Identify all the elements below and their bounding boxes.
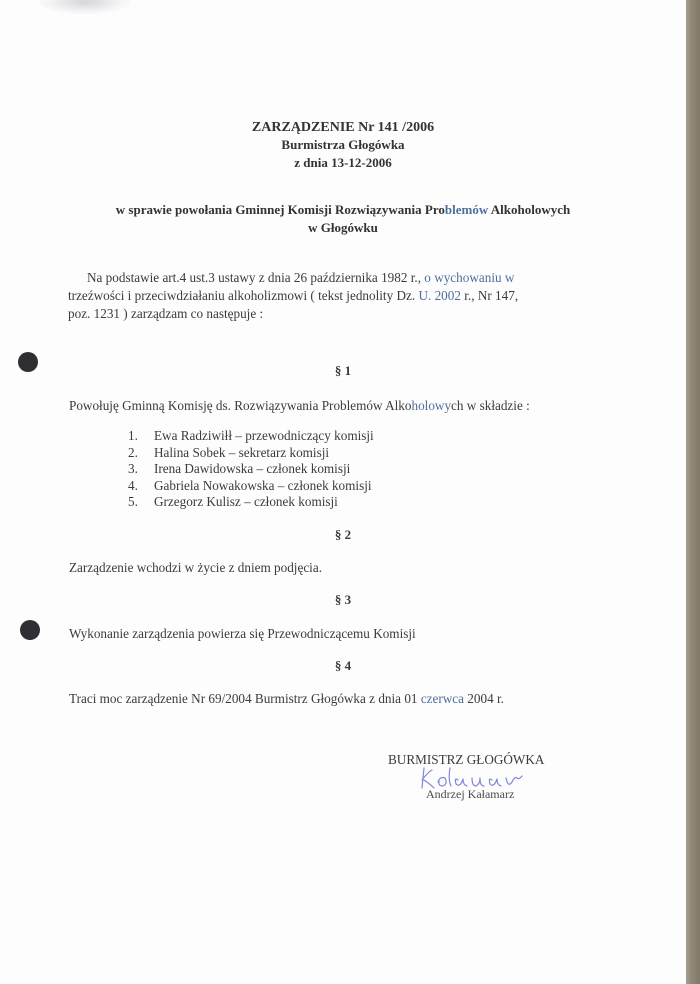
subject-line-1: w sprawie powołania Gminnej Komisji Rozw… [0,201,686,219]
preamble-text-blue: o wychowaniu w [424,270,514,285]
list-item: 3.Irena Dawidowska – członek komisji [128,461,374,478]
list-number: 5. [128,494,154,511]
document-subject: w sprawie powołania Gminnej Komisji Rozw… [0,201,686,237]
section-mark-3: § 3 [0,592,686,608]
signature-block: BURMISTRZ GŁOGÓWKA Andrzej Kałamarz [388,752,568,768]
list-item: 4.Gabriela Nowakowska – członek komisji [128,478,374,495]
punch-hole-icon [20,620,40,640]
subject-text-blue: blemów [445,202,488,217]
section-4-text: Traci moc zarządzenie Nr 69/2004 Burmist… [69,691,504,707]
subject-text: Alkoholowych [488,202,570,217]
list-item: 5.Grzegorz Kulisz – członek komisji [128,494,374,511]
section-text-blue: holowy [411,398,451,413]
section-mark-4: § 4 [0,658,686,674]
list-number: 3. [128,461,154,478]
preamble: Na podstawie art.4 ust.3 ustawy z dnia 2… [68,269,588,323]
list-number: 2. [128,445,154,462]
committee-member-list: 1.Ewa Radziwiłł – przewodniczący komisji… [128,428,374,511]
subject-text: w sprawie powołania Gminnej Komisji Rozw… [116,202,445,217]
preamble-line-3: poz. 1231 ) zarządzam co następuje : [68,305,588,323]
list-number: 1. [128,428,154,445]
scanned-page: ZARZĄDZENIE Nr 141 /2006 Burmistrza Głog… [0,0,686,984]
member-text: Ewa Radziwiłł – przewodniczący komisji [154,428,374,445]
section-2-text: Zarządzenie wchodzi w życie z dniem podj… [69,560,322,576]
signatory-name: Andrzej Kałamarz [426,787,514,802]
section-1-text: Powołuję Gminną Komisję ds. Rozwiązywani… [69,398,530,414]
section-text-blue: czerwca [421,691,464,706]
member-text: Halina Sobek – sekretarz komisji [154,445,329,462]
section-text: ch w składzie : [451,398,530,413]
subject-line-2: w Głogówku [0,219,686,237]
document-date: z dnia 13-12-2006 [0,155,686,171]
section-mark-1: § 1 [0,363,686,379]
scanner-edge [686,0,700,984]
list-item: 1.Ewa Radziwiłł – przewodniczący komisji [128,428,374,445]
scan-smudge [40,0,130,14]
section-mark-2: § 2 [0,527,686,543]
preamble-line-2: trzeźwości i przeciwdziałaniu alkoholizm… [68,287,588,305]
member-text: Irena Dawidowska – członek komisji [154,461,350,478]
section-text: Powołuję Gminną Komisję ds. Rozwiązywani… [69,398,411,413]
section-text: 2004 r. [464,691,504,706]
preamble-text: trzeźwości i przeciwdziałaniu alkoholizm… [68,288,418,303]
preamble-text-blue: U. 2002 [418,288,461,303]
section-text: Traci moc zarządzenie Nr 69/2004 Burmist… [69,691,421,706]
preamble-text: Na podstawie art.4 ust.3 ustawy z dnia 2… [87,270,424,285]
preamble-line-1: Na podstawie art.4 ust.3 ustawy z dnia 2… [68,269,588,287]
list-item: 2.Halina Sobek – sekretarz komisji [128,445,374,462]
document-title: ZARZĄDZENIE Nr 141 /2006 [0,120,686,136]
list-number: 4. [128,478,154,495]
section-3-text: Wykonanie zarządzenia powierza się Przew… [69,626,416,642]
member-text: Grzegorz Kulisz – członek komisji [154,494,338,511]
member-text: Gabriela Nowakowska – członek komisji [154,478,372,495]
preamble-text: r., Nr 147, [461,288,518,303]
document-issuer: Burmistrza Głogówka [0,137,686,153]
